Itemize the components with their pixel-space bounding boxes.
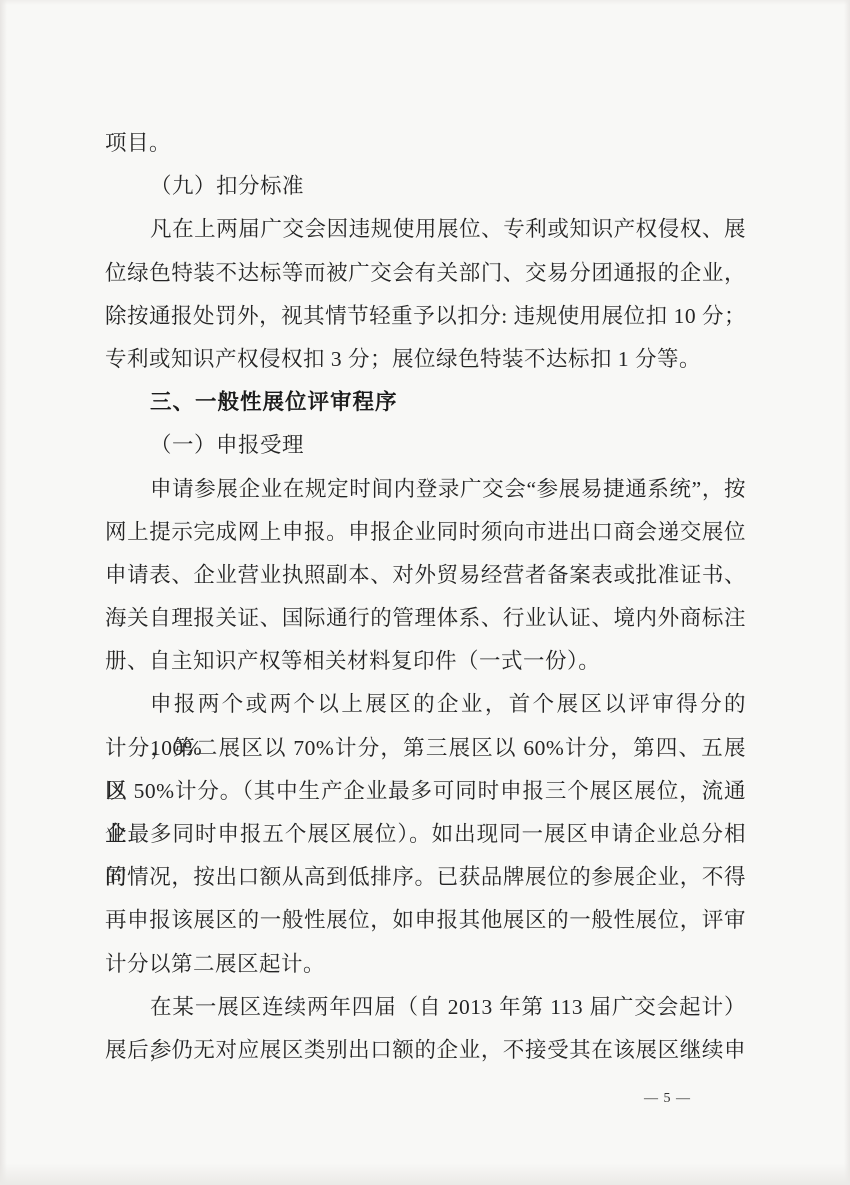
text-line: 的情况，按出口额从高到低排序。已获品牌展位的参展企业，不得 bbox=[105, 856, 746, 899]
text-line-paragraph-end: 册、自主知识产权等相关材料复印件（一式一份）。 bbox=[105, 640, 746, 683]
text-line: 计分，第二展区以 70%计分，第三展区以 60%计分，第四、五展区 bbox=[105, 727, 746, 770]
text-line: 海关自理报关证、国际通行的管理体系、行业认证、境内外商标注 bbox=[105, 597, 746, 640]
text-line: 业最多同时申报五个展区展位）。如出现同一展区申请企业总分相同 bbox=[105, 813, 746, 856]
page-number: — 5 — bbox=[644, 1091, 724, 1107]
page-edge-bottom bbox=[0, 1163, 850, 1185]
text-line: 除按通报处罚外，视其情节轻重予以扣分: 违规使用展位扣 10 分； bbox=[105, 295, 746, 338]
page-edge-right bbox=[844, 0, 850, 1185]
text-line: 在某一展区连续两年四届（自 2013 年第 113 届广交会起计）参 bbox=[105, 986, 746, 1029]
text-line: 以 50%计分。（其中生产企业最多可同时申报三个展区展位，流通企 bbox=[105, 770, 746, 813]
text-line-paragraph-end: 专利或知识产权侵权扣 3 分；展位绿色特装不达标扣 1 分等。 bbox=[105, 338, 746, 381]
text-line: 申报两个或两个以上展区的企业，首个展区以评审得分的 100% bbox=[105, 683, 746, 726]
text-line-subheading: （九）扣分标准 bbox=[105, 165, 746, 208]
page-edge-left bbox=[0, 0, 7, 1185]
text-line-paragraph-end: 计分以第二展区起计。 bbox=[105, 943, 746, 986]
text-line: 申请表、企业营业执照副本、对外贸易经营者备案表或批准证书、 bbox=[105, 554, 746, 597]
text-line: 申请参展企业在规定时间内登录广交会“参展易捷通系统”，按 bbox=[105, 468, 746, 511]
text-line-paragraph-end: 项目。 bbox=[105, 122, 746, 165]
page-edge-top bbox=[0, 0, 850, 5]
scanned-document-page: 项目。 （九）扣分标准 凡在上两届广交会因违规使用展位、专利或知识产权侵权、展 … bbox=[0, 0, 850, 1185]
text-line: 再申报该展区的一般性展位，如申报其他展区的一般性展位，评审 bbox=[105, 899, 746, 942]
text-line: 展后，仍无对应展区类别出口额的企业，不接受其在该展区继续申 bbox=[105, 1029, 746, 1072]
document-text-block: 项目。 （九）扣分标准 凡在上两届广交会因违规使用展位、专利或知识产权侵权、展 … bbox=[105, 122, 746, 1072]
section-heading: 三、一般性展位评审程序 bbox=[105, 381, 746, 424]
text-line: 位绿色特装不达标等而被广交会有关部门、交易分团通报的企业， bbox=[105, 252, 746, 295]
text-line: 凡在上两届广交会因违规使用展位、专利或知识产权侵权、展 bbox=[105, 208, 746, 251]
text-line: 网上提示完成网上申报。申报企业同时须向市进出口商会递交展位 bbox=[105, 511, 746, 554]
text-line-subheading: （一）申报受理 bbox=[105, 424, 746, 467]
